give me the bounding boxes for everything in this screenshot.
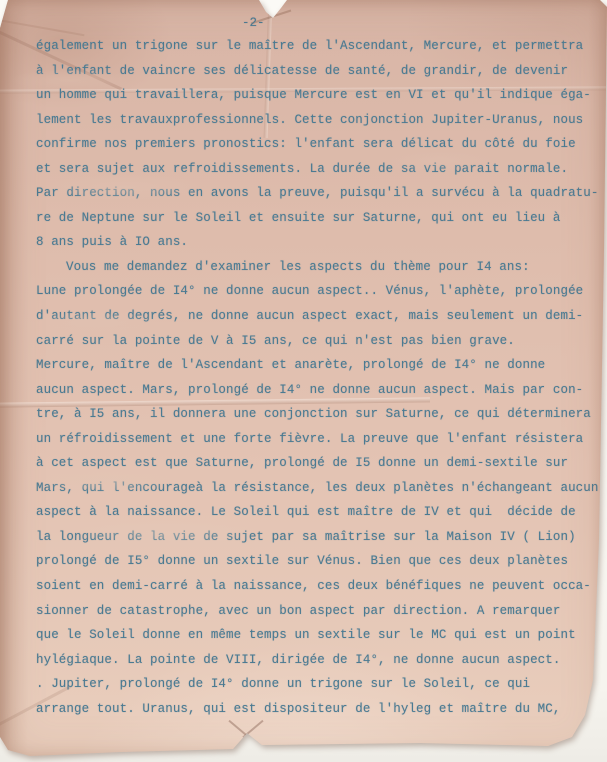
text-line: aspect à la naissance. Le Soleil qui est… — [36, 500, 601, 525]
text-line: un réfroidissement et une forte fièvre. … — [36, 427, 601, 452]
document-page: -2- également un trigone sur le maître d… — [0, 0, 607, 762]
typewritten-text: également un trigone sur le maître de l'… — [36, 34, 601, 721]
page-number: -2- — [242, 16, 265, 30]
text-line: Mars, qui l'encourageà la résistance, le… — [36, 476, 601, 501]
text-line: lement les travauxprofessionnels. Cette … — [36, 108, 601, 133]
text-line: que le Soleil donne en même temps un sex… — [36, 623, 601, 648]
text-line: hylégiaque. La pointe de VIII, dirigée d… — [36, 648, 601, 673]
text-line: 8 ans puis à IO ans. — [36, 230, 601, 255]
text-line: et sera sujet aux refroidissements. La d… — [36, 157, 601, 182]
text-line: confirme nos premiers pronostics: l'enfa… — [36, 132, 601, 157]
text-line: la longueur de la vie de sujet par sa ma… — [36, 525, 601, 550]
text-line: Lune prolongée de I4° ne donne aucun asp… — [36, 279, 601, 304]
text-line: à l'enfant de vaincre ses délicatesse de… — [36, 59, 601, 84]
text-line: Vous me demandez d'examiner les aspects … — [36, 255, 601, 280]
text-line: soient en demi-carré à la naissance, ces… — [36, 574, 601, 599]
text-line: arrange tout. Uranus, qui est dispositeu… — [36, 697, 601, 722]
text-line: re de Neptune sur le Soleil et ensuite s… — [36, 206, 601, 231]
text-line: un homme qui travaillera, puisque Mercur… — [36, 83, 601, 108]
text-line: tre, à I5 ans, il donnera une conjonctio… — [36, 402, 601, 427]
text-line: prolongé de I5° donne un sextile sur Vén… — [36, 549, 601, 574]
text-line: à cet aspect est que Saturne, prolongé d… — [36, 451, 601, 476]
text-line: Par direction, nous en avons la preuve, … — [36, 181, 601, 206]
text-line: carré sur la pointe de V à I5 ans, ce qu… — [36, 329, 601, 354]
paper-tear-bottom-crease-left — [228, 720, 249, 738]
text-line: également un trigone sur le maître de l'… — [36, 34, 601, 59]
text-line: d'autant de degrés, ne donne aucun aspec… — [36, 304, 601, 329]
text-line: . Jupiter, prolongé de I4° donne un trig… — [36, 672, 601, 697]
paper-tear-bottom-crease-right — [242, 720, 263, 738]
text-line: Mercure, maître de l'Ascendant et anarèt… — [36, 353, 601, 378]
scan-background: -2- également un trigone sur le maître d… — [0, 0, 607, 762]
document-page-wrap: -2- également un trigone sur le maître d… — [0, 0, 607, 762]
text-line: sionner de catastrophe, avec un bon aspe… — [36, 599, 601, 624]
text-line: aucun aspect. Mars, prolongé de I4° ne d… — [36, 378, 601, 403]
